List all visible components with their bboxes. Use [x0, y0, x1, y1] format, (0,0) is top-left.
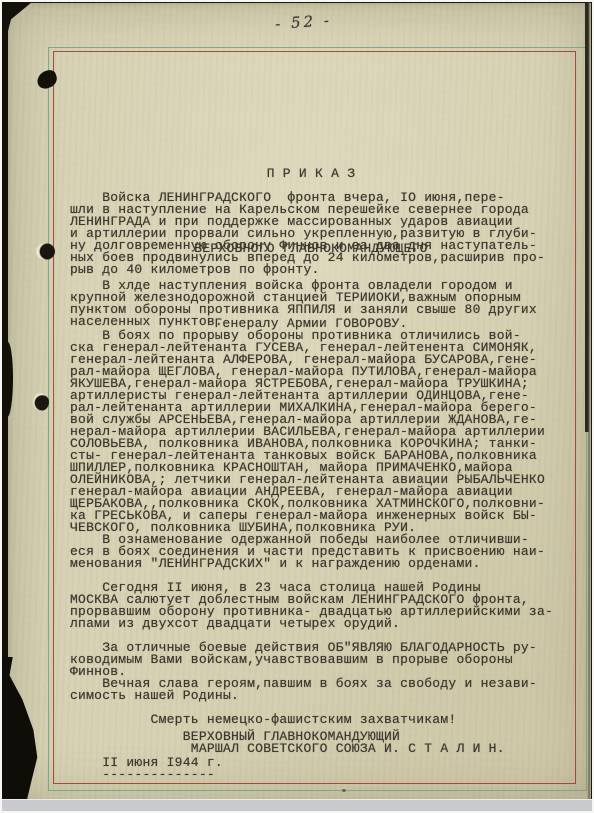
scan-bottom-band — [2, 799, 592, 811]
document-body-text: Войска ЛЕНИНГРАДСКОГО фронта вчера, IO и… — [70, 192, 556, 781]
document-line: лпами из двухсот двадцати четырех орудий… — [70, 618, 556, 630]
punch-hole — [36, 243, 55, 260]
document-line: симость нашей Родины. — [70, 690, 556, 702]
document-line: МАРШАЛ СОВЕТСКОГО СОЮЗА И. С Т А Л И Н. — [70, 743, 556, 755]
document-line: ководимым Вами войскам,учавствовавшим в … — [70, 654, 556, 666]
paper-sheet: - 52 - П Р И К А З ВЕРХОВНОГО ГЛАВНОКОМА… — [8, 3, 591, 803]
scanned-document-page: - 52 - П Р И К А З ВЕРХОВНОГО ГЛАВНОКОМА… — [2, 2, 592, 811]
document-line: Смерть немецко-фашистским захватчикам! — [70, 714, 556, 726]
handwritten-page-number: - 52 - — [246, 9, 362, 35]
document-line: -------------- — [70, 769, 556, 781]
scan-edge-right-line — [588, 2, 590, 811]
document-line: рыв до 40 километров по фронту. — [70, 264, 556, 276]
document-line: населенных пунктов. — [70, 316, 556, 328]
title-prikaz: П Р И К А З — [70, 161, 552, 186]
document-line: менования "ЛЕНИНГРАДСКИХ" и к награждени… — [70, 558, 556, 570]
punch-hole — [33, 393, 49, 411]
paper-speck — [342, 789, 346, 792]
